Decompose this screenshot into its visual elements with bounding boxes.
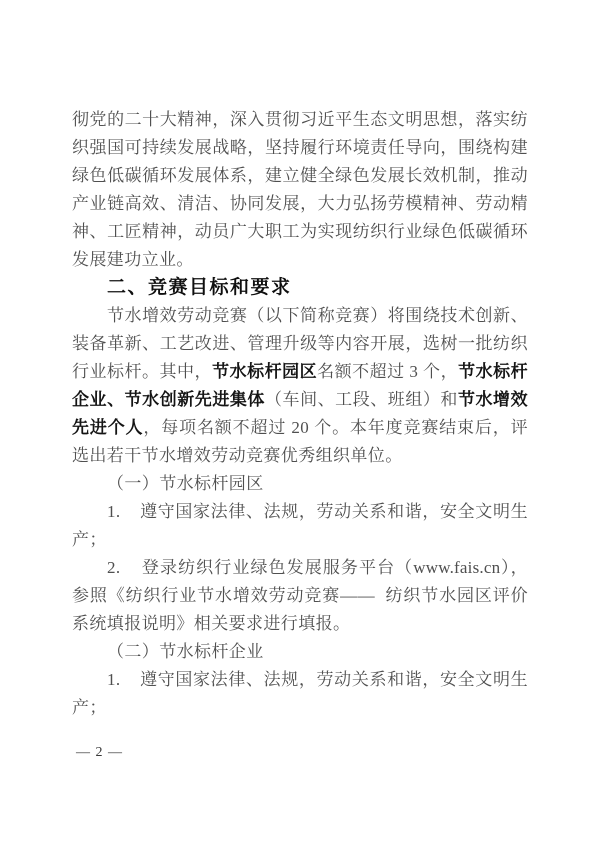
paragraph-continuation-text: 彻党的二十大精神，深入贯彻习近平生态文明思想，落实纺织强国可持续发展战略，坚持履… [72,110,528,269]
paragraph-competition-quota: 节水增效劳动竞赛（以下简称竞赛）将围绕技术创新、装备革新、工艺改进、管理升级等内… [72,302,528,470]
document-page: 彻党的二十大精神，深入贯彻习近平生态文明思想，落实纺织强国可持续发展战略，坚持履… [0,0,600,848]
subsection-heading-benchmark-park: （一）节水标杆园区 [72,470,528,498]
em-dash-run: —— [340,586,385,605]
quota-run-benchmark-park: 节水标杆园区 [212,362,317,381]
quota-run-collective-note: （车间、工段、班组）和 [265,390,458,409]
section-heading-competition-targets: 二、竞赛目标和要求 [72,274,528,302]
paragraph-continuation: 彻党的二十大精神，深入贯彻习近平生态文明思想，落实纺织强国可持续发展战略，坚持履… [72,106,528,274]
subsection-heading-text: （一）节水标杆园区 [107,474,264,493]
list-item-text: 1. 遵守国家法律、法规，劳动关系和谐，安全文明生产； [72,670,528,717]
subsection-heading-benchmark-enterprise: （二）节水标杆企业 [72,638,528,666]
document-body: 彻党的二十大精神，深入贯彻习近平生态文明思想，落实纺织强国可持续发展战略，坚持履… [72,106,528,722]
list-item-enterprise-rule-1: 1. 遵守国家法律、法规，劳动关系和谐，安全文明生产； [72,666,528,722]
platform-url-text: www.fais.cn [413,558,500,577]
quota-run-park-limit: 名额不超过 3 个， [317,362,458,381]
rule2-run-intro: 2. 登录纺织行业绿色发展服务平台（ [107,558,413,577]
list-item-text: 1. 遵守国家法律、法规，劳动关系和谐，安全文明生产； [72,502,528,549]
page-number: — 2 — [76,745,123,761]
section-heading-text: 二、竞赛目标和要求 [107,277,292,298]
subsection-heading-text: （二）节水标杆企业 [107,642,264,661]
list-item-park-rule-1: 1. 遵守国家法律、法规，劳动关系和谐，安全文明生产； [72,498,528,554]
list-item-park-rule-2: 2. 登录纺织行业绿色发展服务平台（www.fais.cn），参照《纺织行业节水… [72,554,528,638]
